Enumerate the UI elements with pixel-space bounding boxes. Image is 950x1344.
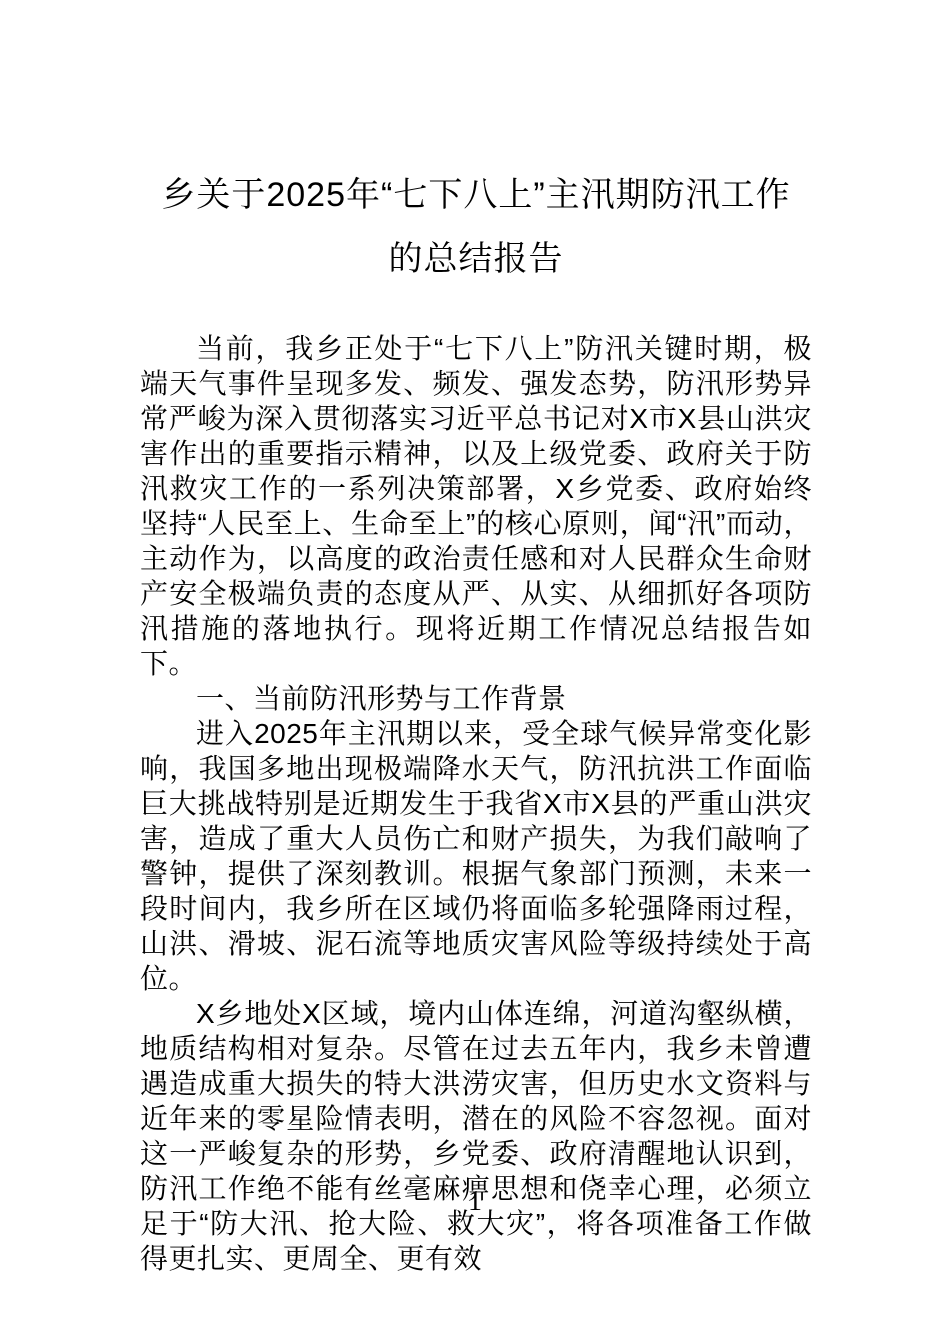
page-number: 1	[0, 1184, 950, 1220]
body-paragraph: X乡地处X区域，境内山体连绵，河道沟壑纵横，地质结构相对复杂。尽管在过去五年内，…	[140, 996, 812, 1276]
section-heading: 一、当前防汛形势与工作背景	[140, 681, 812, 716]
body-paragraph: 进入2025年主汛期以来，受全球气候异常变化影响，我国多地出现极端降水天气，防汛…	[140, 716, 812, 996]
document-page: 乡关于2025年“七下八上”主汛期防汛工作的总结报告 当前，我乡正处于“七下八上…	[0, 0, 950, 1344]
document-content: 乡关于2025年“七下八上”主汛期防汛工作的总结报告 当前，我乡正处于“七下八上…	[140, 0, 812, 1276]
intro-paragraph: 当前，我乡正处于“七下八上”防汛关键时期，极端天气事件呈现多发、频发、强发态势，…	[140, 331, 812, 681]
document-title: 乡关于2025年“七下八上”主汛期防汛工作的总结报告	[140, 163, 812, 291]
document-body: 当前，我乡正处于“七下八上”防汛关键时期，极端天气事件呈现多发、频发、强发态势，…	[140, 331, 812, 1276]
